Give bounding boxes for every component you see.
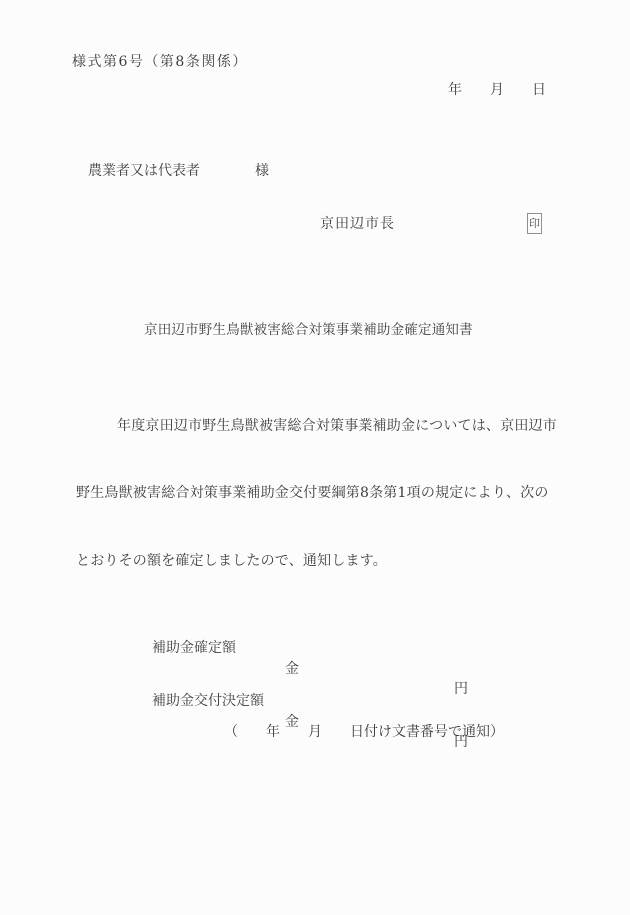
body-paragraph: 年度京田辺市野生鳥獣被害総合対策事業補助金については、京田辺市 野生鳥獣被害総合… <box>76 372 562 615</box>
date-blank-line: 年 月 日 <box>448 80 546 100</box>
notification-reference-note: （ 年 月 日付け文書番号で通知） <box>224 722 504 742</box>
amount-determined-label: 補助金確定額 <box>152 638 236 658</box>
document-title: 京田辺市野生鳥獣被害総合対策事業補助金確定通知書 <box>144 321 473 341</box>
amount-granted-label: 補助金交付決定額 <box>152 691 264 711</box>
addressee-label: 農業者又は代表者 <box>88 161 200 181</box>
addressee-honorific: 様 <box>255 161 269 181</box>
form-number: 様式第6号（第8条関係） <box>72 52 248 72</box>
sender-title: 京田辺市長 <box>320 214 395 234</box>
document-page: 様式第6号（第8条関係） 年 月 日 農業者又は代表者 様 京田辺市長 印 京田… <box>0 0 630 915</box>
amount-determined-line: 補助金確定額 金 円 <box>152 618 482 638</box>
addressee-line: 農業者又は代表者 様 <box>88 161 269 181</box>
body-line-2: 野生鳥獣被害総合対策事業補助金交付要綱第8条第1項の規定により、次の <box>76 480 562 507</box>
seal-placeholder: 印 <box>527 213 542 234</box>
body-line-1: 年度京田辺市野生鳥獣被害総合対策事業補助金については、京田辺市 <box>76 413 562 440</box>
amount-granted-line: 補助金交付決定額 金 円 <box>152 671 482 691</box>
body-line-3: とおりその額を確定しましたので、通知します。 <box>76 548 562 575</box>
